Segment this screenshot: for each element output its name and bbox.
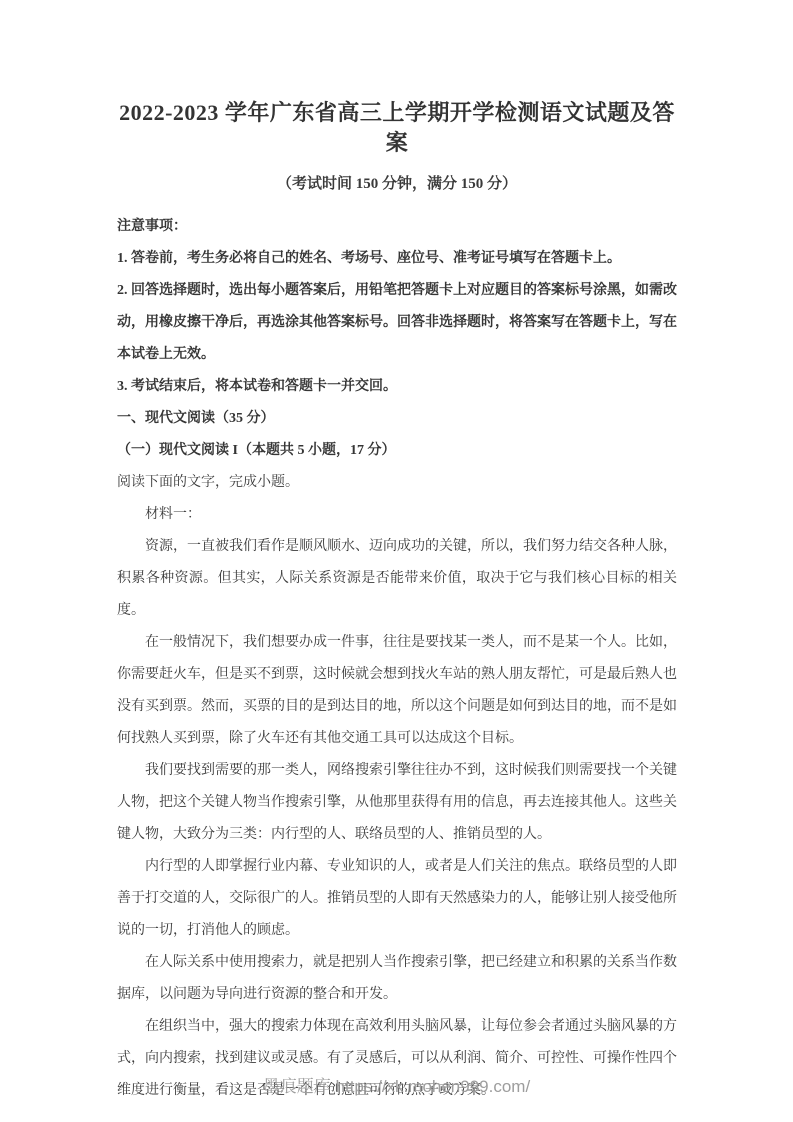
paragraph: 在一般情况下，我们想要办成一件事，往往是要找某一类人，而不是某一个人。比如，你需… — [117, 627, 677, 755]
paragraph: 内行型的人即掌握行业内幕、专业知识的人，或者是人们关注的焦点。联络员型的人即善于… — [117, 851, 677, 947]
page-title: 2022-2023 学年广东省高三上学期开学检测语文试题及答案 — [117, 98, 677, 158]
footer-site-name: 墨痕题库 — [263, 1077, 331, 1096]
paragraph: 在人际关系中使用搜索力，就是把别人当作搜索引擎，把已经建立和积累的关系当作数据库… — [117, 947, 677, 1011]
footer-url-link[interactable]: https://xk.mohen999.com/ — [336, 1077, 531, 1096]
paragraph: 我们要找到需要的那一类人，网络搜索引擎往往办不到，这时候我们则需要找一个关键人物… — [117, 755, 677, 851]
paragraph: （一）现代文阅读 I（本题共 5 小题，17 分） — [117, 435, 677, 467]
paragraph: 注意事项： — [117, 211, 677, 243]
exam-info-line: （考试时间 150 分钟，满分 150 分） — [117, 174, 677, 194]
paragraph: 资源，一直被我们看作是顺风顺水、迈向成功的关键，所以，我们努力结交各种人脉，积累… — [117, 531, 677, 627]
footer-watermark: 墨痕题库 https://xk.mohen999.com/ — [0, 1076, 793, 1098]
paragraph: 2. 回答选择题时，选出每小题答案后，用铅笔把答题卡上对应题目的答案标号涂黑，如… — [117, 275, 677, 371]
document-content: 2022-2023 学年广东省高三上学期开学检测语文试题及答案 （考试时间 15… — [117, 98, 677, 1107]
exam-paper-page: 2022-2023 学年广东省高三上学期开学检测语文试题及答案 （考试时间 15… — [0, 0, 793, 1122]
paragraph: 材料一： — [117, 499, 677, 531]
paragraph: 1. 答卷前，考生务必将自己的姓名、考场号、座位号、准考证号填写在答题卡上。 — [117, 243, 677, 275]
document-body: 注意事项：1. 答卷前，考生务必将自己的姓名、考场号、座位号、准考证号填写在答题… — [117, 211, 677, 1107]
paragraph: 3. 考试结束后，将本试卷和答题卡一并交回。 — [117, 371, 677, 403]
paragraph: 一、现代文阅读（35 分） — [117, 403, 677, 435]
paragraph: 阅读下面的文字，完成小题。 — [117, 467, 677, 499]
